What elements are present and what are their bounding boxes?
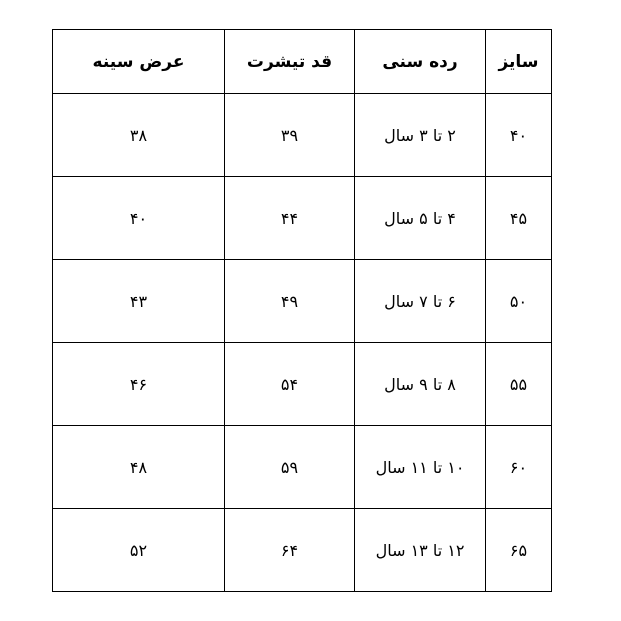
cell-chest-width: ۴۰ [53, 177, 225, 260]
cell-chest-width: ۵۲ [53, 509, 225, 592]
table-row: ۴۵ ۴ تا ۵ سال ۴۴ ۴۰ [53, 177, 552, 260]
size-chart-table: سایز رده سنی قد تیشرت عرض سینه ۴۰ ۲ تا ۳… [52, 29, 552, 592]
table-row: ۴۰ ۲ تا ۳ سال ۳۹ ۳۸ [53, 94, 552, 177]
cell-shirt-length: ۴۹ [225, 260, 355, 343]
header-age-range: رده سنی [355, 30, 486, 94]
cell-age-range: ۱۰ تا ۱۱ سال [355, 426, 486, 509]
cell-chest-width: ۳۸ [53, 94, 225, 177]
cell-age-range: ۲ تا ۳ سال [355, 94, 486, 177]
cell-age-range: ۱۲ تا ۱۳ سال [355, 509, 486, 592]
header-size: سایز [486, 30, 552, 94]
cell-age-range: ۸ تا ۹ سال [355, 343, 486, 426]
table-row: ۶۵ ۱۲ تا ۱۳ سال ۶۴ ۵۲ [53, 509, 552, 592]
header-chest-width: عرض سینه [53, 30, 225, 94]
cell-shirt-length: ۵۹ [225, 426, 355, 509]
table-row: ۵۰ ۶ تا ۷ سال ۴۹ ۴۳ [53, 260, 552, 343]
cell-shirt-length: ۶۴ [225, 509, 355, 592]
cell-size: ۵۵ [486, 343, 552, 426]
cell-size: ۴۰ [486, 94, 552, 177]
cell-chest-width: ۴۶ [53, 343, 225, 426]
cell-chest-width: ۴۳ [53, 260, 225, 343]
cell-size: ۶۰ [486, 426, 552, 509]
cell-size: ۵۰ [486, 260, 552, 343]
cell-shirt-length: ۵۴ [225, 343, 355, 426]
cell-size: ۴۵ [486, 177, 552, 260]
cell-chest-width: ۴۸ [53, 426, 225, 509]
cell-age-range: ۴ تا ۵ سال [355, 177, 486, 260]
table-row: ۵۵ ۸ تا ۹ سال ۵۴ ۴۶ [53, 343, 552, 426]
cell-shirt-length: ۴۴ [225, 177, 355, 260]
cell-size: ۶۵ [486, 509, 552, 592]
table-row: ۶۰ ۱۰ تا ۱۱ سال ۵۹ ۴۸ [53, 426, 552, 509]
cell-shirt-length: ۳۹ [225, 94, 355, 177]
cell-age-range: ۶ تا ۷ سال [355, 260, 486, 343]
header-shirt-length: قد تیشرت [225, 30, 355, 94]
header-row: سایز رده سنی قد تیشرت عرض سینه [53, 30, 552, 94]
